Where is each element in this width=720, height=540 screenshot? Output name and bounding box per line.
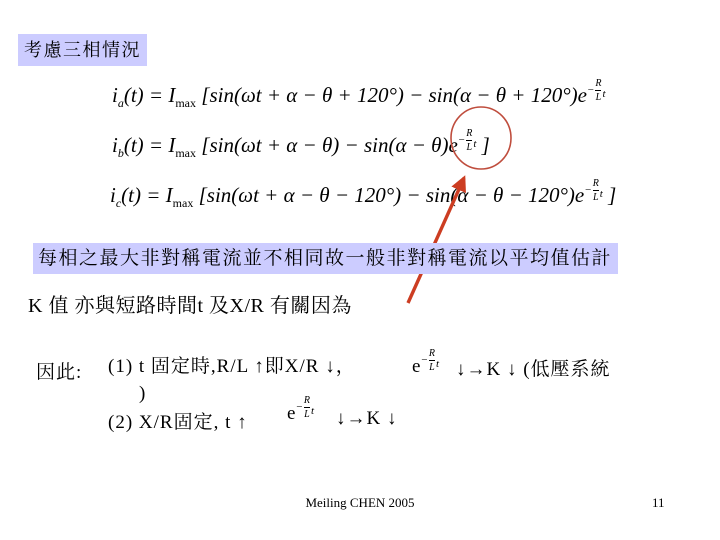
minus-sign: − bbox=[458, 135, 465, 146]
therefore-item1-close: ) bbox=[139, 383, 146, 405]
slide-canvas: 考慮三相情況 ia(t) = Imax [sin(ωt + α − θ + 12… bbox=[0, 0, 720, 540]
exp-decay-term: e−RLt bbox=[575, 183, 603, 207]
therefore-item2-post: ↓→K ↓ bbox=[336, 408, 397, 430]
minus-sign: − bbox=[587, 85, 594, 96]
euler-e: e bbox=[575, 183, 584, 207]
therefore-item1-pre: (1) t 固定時,R/L ↑即X/R ↓， bbox=[108, 351, 356, 378]
highlight-note: 每相之最大非對稱電流並不相同故一般非對稱電流以平均值估計 bbox=[33, 243, 618, 274]
time-variable: t bbox=[602, 89, 605, 100]
r-over-l-fraction: RL bbox=[595, 78, 601, 103]
euler-e: e bbox=[448, 133, 457, 157]
fraction-bar bbox=[466, 140, 472, 141]
minus-sign: − bbox=[420, 355, 427, 366]
equation-ib: ib(t) = Imax [sin(ωt + α − θ) − sin(α − … bbox=[112, 128, 490, 166]
fraction-bar bbox=[429, 360, 435, 361]
eq-coef: I bbox=[166, 183, 173, 207]
euler-e: e bbox=[287, 403, 295, 424]
fraction-denominator: L bbox=[304, 409, 310, 420]
fraction-denominator: L bbox=[466, 142, 472, 153]
eq-mid: (t) = bbox=[124, 133, 169, 157]
therefore-item1-post: ↓→K ↓ (低壓系統 bbox=[456, 354, 611, 381]
r-over-l-fraction: RL bbox=[593, 178, 599, 203]
therefore-label: 因此: bbox=[36, 357, 82, 384]
footer-author: Meiling CHEN 2005 bbox=[0, 495, 720, 511]
fraction-denominator: L bbox=[429, 362, 435, 373]
time-variable: t bbox=[600, 189, 603, 200]
exp-decay-term: e−RLt bbox=[578, 83, 606, 107]
time-variable: t bbox=[311, 406, 314, 417]
time-variable: t bbox=[473, 139, 476, 150]
exp-decay-term-inline-1: e−RLt bbox=[412, 348, 439, 379]
eq-mid: (t) = bbox=[121, 183, 166, 207]
eq-close: ] bbox=[476, 133, 489, 157]
slide-title: 考慮三相情況 bbox=[18, 34, 147, 66]
eq-body: [sin(ωt + α − θ + 120°) − sin(α − θ + 12… bbox=[196, 83, 578, 107]
therefore-item2-pre: (2) X/R固定, t ↑ bbox=[108, 407, 248, 434]
minus-sign: − bbox=[584, 185, 591, 196]
eq-coef-sub: max bbox=[175, 96, 196, 110]
exp-decay-term-inline-2: e−RLt bbox=[287, 395, 314, 426]
fraction-denominator: L bbox=[593, 192, 599, 203]
eq-body: [sin(ωt + α − θ) − sin(α − θ) bbox=[196, 133, 448, 157]
r-over-l-fraction: RL bbox=[304, 395, 310, 420]
exponent-fraction: −RLt bbox=[458, 128, 477, 153]
minus-sign: − bbox=[295, 402, 302, 413]
exponent-fraction: −RLt bbox=[587, 78, 606, 103]
time-variable: t bbox=[436, 359, 439, 370]
fraction-bar bbox=[595, 90, 601, 91]
exponent-fraction: −RLt bbox=[295, 395, 314, 420]
fraction-denominator: L bbox=[596, 92, 602, 103]
fraction-numerator: R bbox=[466, 128, 472, 139]
fraction-bar bbox=[304, 407, 310, 408]
eq-close: ] bbox=[603, 183, 616, 207]
eq-mid: (t) = bbox=[124, 83, 169, 107]
exponent-fraction: −RLt bbox=[420, 348, 439, 373]
fraction-numerator: R bbox=[429, 348, 435, 359]
equation-ia: ia(t) = Imax [sin(ωt + α − θ + 120°) − s… bbox=[112, 78, 606, 116]
fraction-numerator: R bbox=[595, 78, 601, 89]
eq-coef-sub: max bbox=[175, 146, 196, 160]
page-number: 11 bbox=[652, 495, 665, 511]
r-over-l-fraction: RL bbox=[429, 348, 435, 373]
eq-body: [sin(ωt + α − θ − 120°) − sin(α − θ − 12… bbox=[193, 183, 575, 207]
fraction-numerator: R bbox=[593, 178, 599, 189]
k-value-line: K 值 亦與短路時間t 及X/R 有關因為 bbox=[28, 289, 352, 318]
fraction-bar bbox=[593, 190, 599, 191]
exponent-fraction: −RLt bbox=[584, 178, 603, 203]
exp-decay-term: e−RLt bbox=[448, 133, 476, 157]
fraction-numerator: R bbox=[304, 395, 310, 406]
r-over-l-fraction: RL bbox=[466, 128, 472, 153]
euler-e: e bbox=[578, 83, 587, 107]
equation-ic: ic(t) = Imax [sin(ωt + α − θ − 120°) − s… bbox=[110, 178, 616, 216]
euler-e: e bbox=[412, 356, 420, 377]
eq-coef-sub: max bbox=[173, 196, 194, 210]
